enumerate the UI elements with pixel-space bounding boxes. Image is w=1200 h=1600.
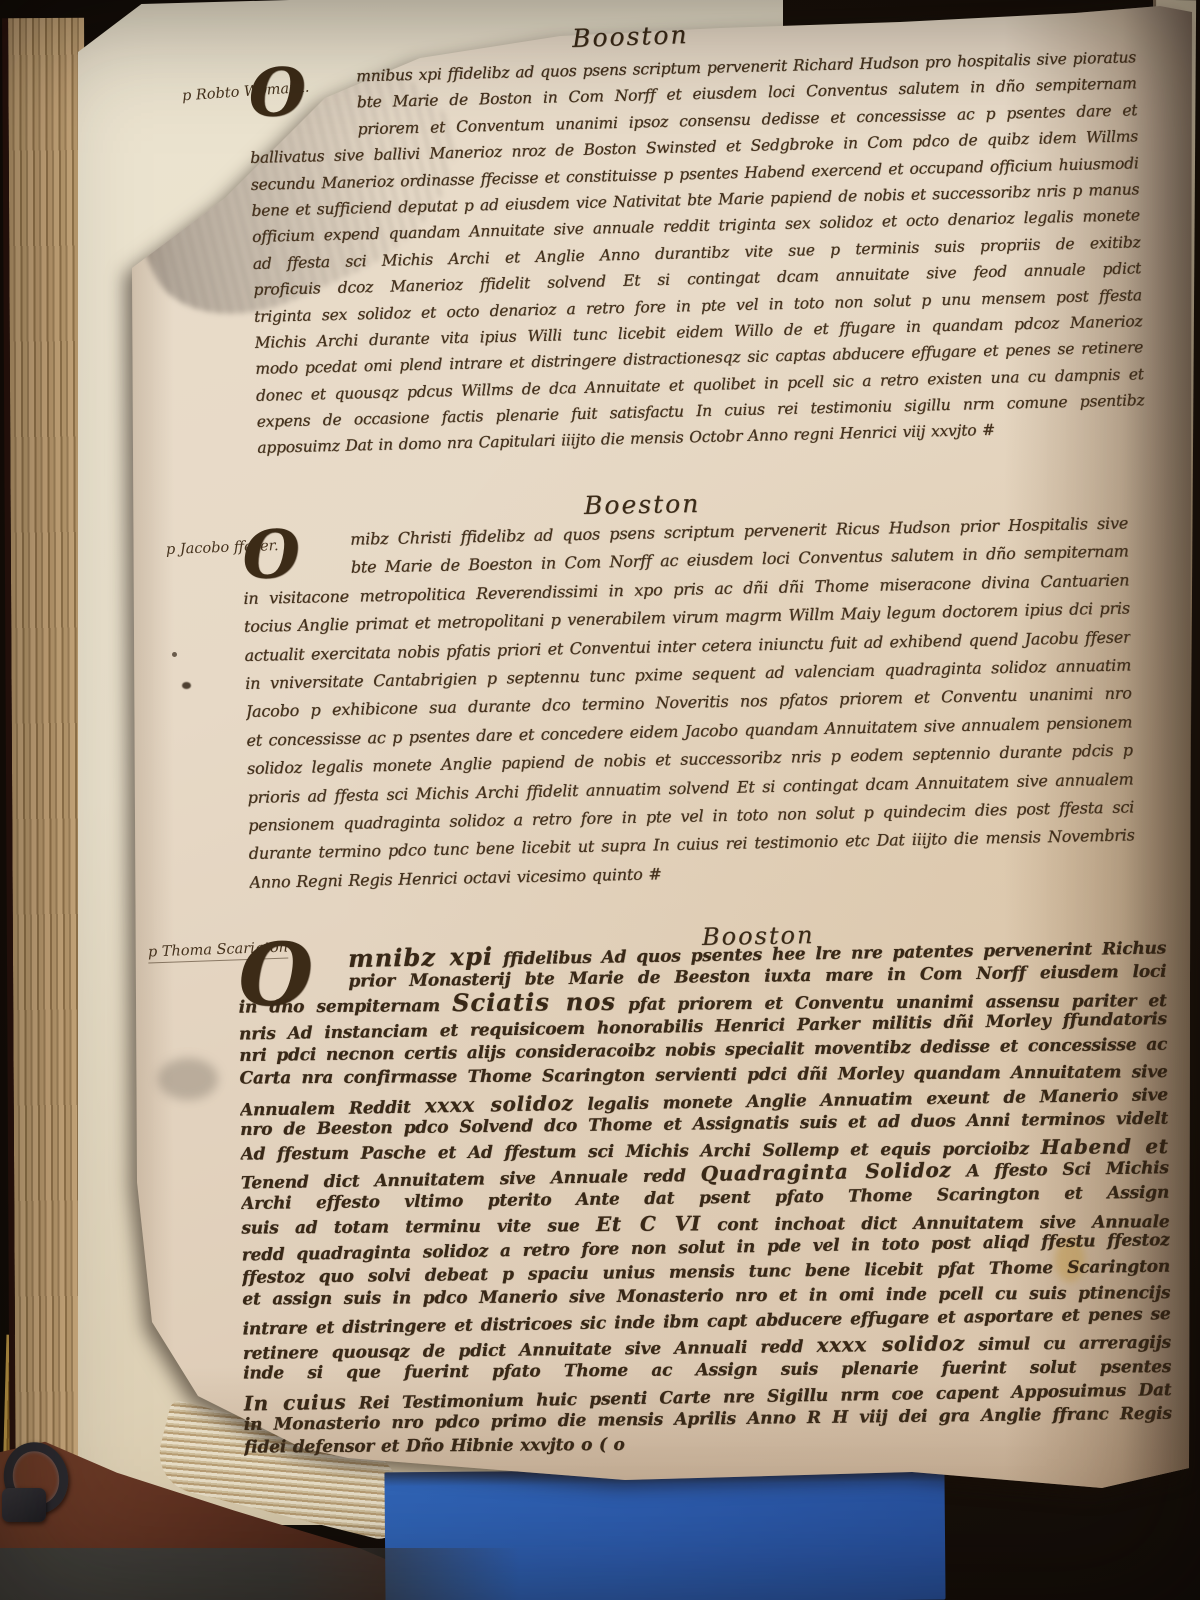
manuscript-photo: { "headers": { "section1": "Booston", "s… <box>0 0 1200 1600</box>
clasp-bar <box>2 1488 46 1522</box>
section-2-header: Boeston <box>584 489 701 520</box>
section-1-header: Booston <box>572 20 689 53</box>
smudge-stain <box>158 1058 218 1100</box>
stain-spot <box>268 38 280 47</box>
entry-2-lines: mibz Christi ffidelibz ad quos psens scr… <box>242 509 1136 897</box>
table-surface <box>0 1548 520 1600</box>
decorated-initial-1: O <box>248 66 351 122</box>
entry-3-lines: mnibz xpi ffidelibus Ad quos psentes hee… <box>238 935 1172 1463</box>
metal-clasp <box>0 1442 60 1542</box>
ink-blot <box>182 682 191 689</box>
entry-3-text: O mnibz xpi ffidelibus Ad quos psentes h… <box>238 935 1172 1463</box>
decorated-initial-3: O <box>238 941 343 994</box>
entry-1-text: O mnibus xpi ffidelibz ad quos psens scr… <box>248 44 1145 461</box>
entry-2-text: O mibz Christi ffidelibz ad quos psens s… <box>242 509 1136 897</box>
decorated-initial-2: O <box>242 528 345 584</box>
ink-blot <box>172 652 177 657</box>
entry-1-lines: mnibus xpi ffidelibz ad quos psens scrip… <box>248 44 1145 461</box>
